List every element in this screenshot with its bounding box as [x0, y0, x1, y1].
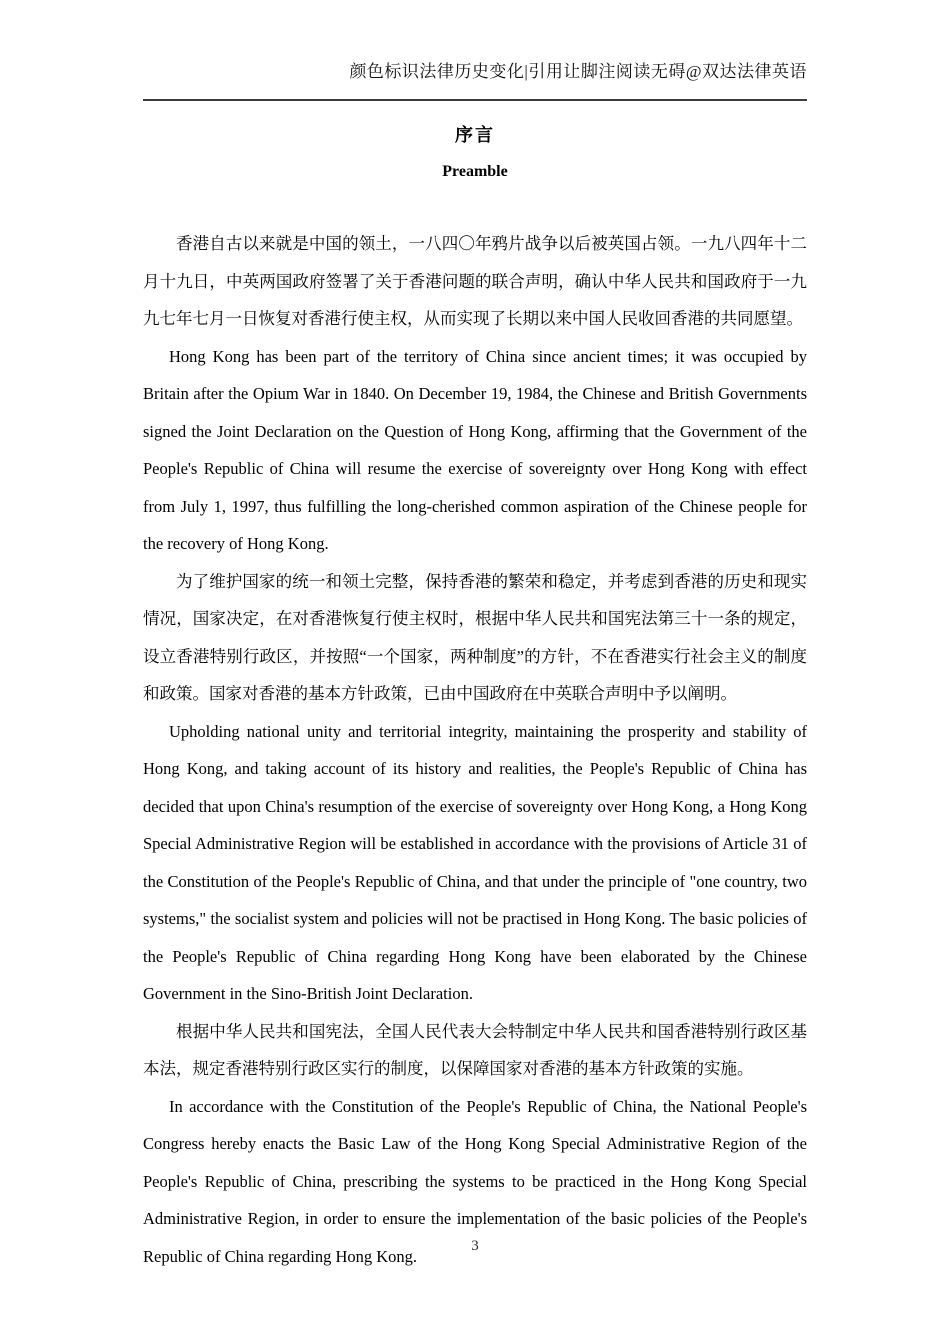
section-title-english: Preamble	[143, 161, 807, 183]
paragraph-chinese-1: 香港自古以来就是中国的领土，一八四〇年鸦片战争以后被英国占领。一九八四年十二月十…	[143, 225, 807, 338]
paragraph-english-2: Upholding national unity and territorial…	[143, 713, 807, 1013]
page-footer: 3	[0, 1238, 950, 1255]
document-body: 香港自古以来就是中国的领土，一八四〇年鸦片战争以后被英国占领。一九八四年十二月十…	[143, 225, 807, 1275]
paragraph-chinese-2: 为了维护国家的统一和领土完整，保持香港的繁荣和稳定，并考虑到香港的历史和现实情况…	[143, 563, 807, 713]
document-page: 颜色标识法律历史变化|引用让脚注阅读无碍@双达法律英语 序言 Preamble …	[0, 0, 950, 1344]
document-header: 颜色标识法律历史变化|引用让脚注阅读无碍@双达法律英语	[143, 58, 807, 86]
page-number: 3	[471, 1238, 479, 1254]
header-watermark-text: 颜色标识法律历史变化|引用让脚注阅读无碍@双达法律英语	[349, 62, 807, 81]
section-title-chinese: 序言	[143, 123, 807, 147]
header-rule-divider	[143, 99, 807, 101]
paragraph-chinese-3: 根据中华人民共和国宪法，全国人民代表大会特制定中华人民共和国香港特别行政区基本法…	[143, 1013, 807, 1088]
paragraph-english-1: Hong Kong has been part of the territory…	[143, 338, 807, 563]
page-content: 颜色标识法律历史变化|引用让脚注阅读无碍@双达法律英语 序言 Preamble …	[143, 0, 807, 1275]
